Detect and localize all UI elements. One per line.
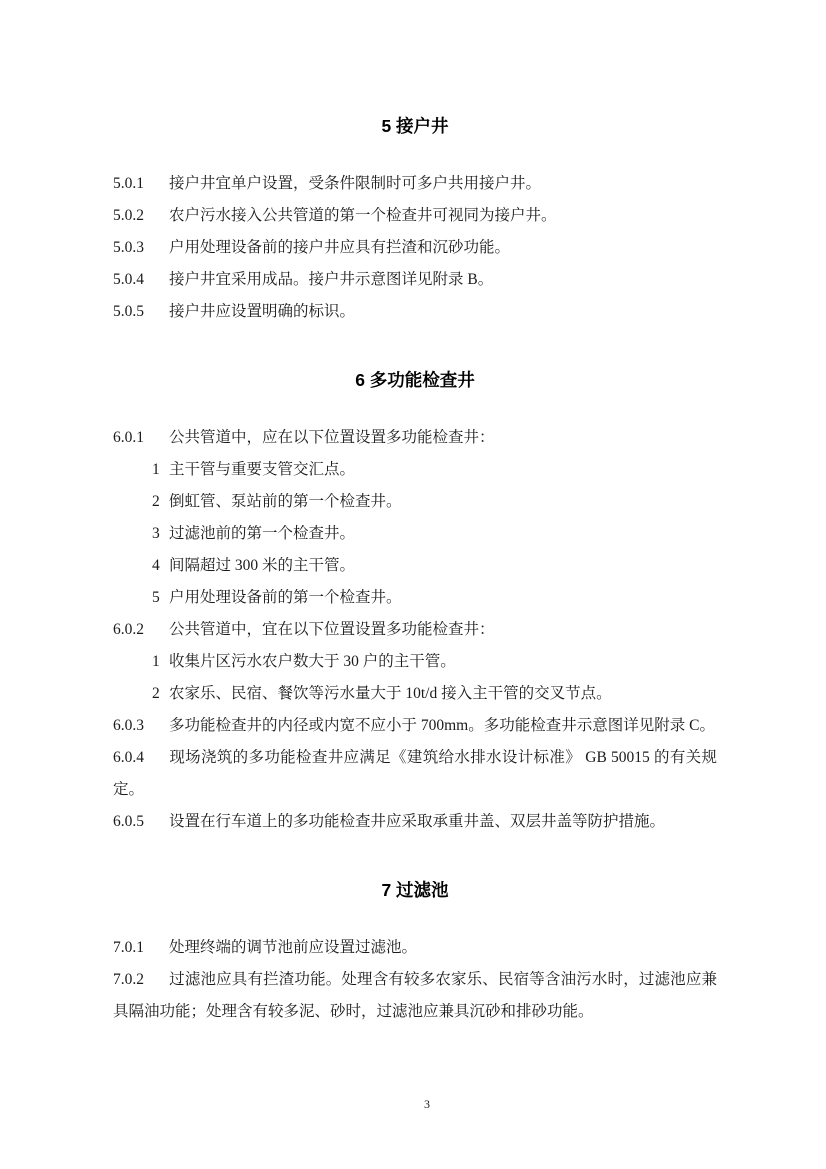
- clause-7-0-2: 7.0.2过滤池应具有拦渣功能。处理含有较多农家乐、民宿等含油污水时，过滤池应兼…: [113, 964, 717, 1028]
- item-number: 1: [152, 646, 169, 678]
- list-item: 3过滤池前的第一个检查井。: [113, 518, 717, 550]
- item-text: 间隔超过 300 米的主干管。: [169, 557, 355, 574]
- list-item: 4间隔超过 300 米的主干管。: [113, 550, 717, 582]
- section-7: 7 过滤池 7.0.1处理终端的调节池前应设置过滤池。 7.0.2过滤池应具有拦…: [113, 878, 717, 1028]
- clause-5-0-2: 5.0.2农户污水接入公共管道的第一个检查井可视同为接户井。: [113, 200, 717, 232]
- section-5-clauses: 5.0.1接户井宜单户设置，受条件限制时可多户共用接户井。 5.0.2农户污水接…: [113, 168, 717, 328]
- section-6-clauses: 6.0.1公共管道中，应在以下位置设置多功能检查井： 1主干管与重要支管交汇点。…: [113, 422, 717, 838]
- clause-number: 7.0.2: [113, 964, 169, 996]
- clause-text: 接户井宜采用成品。接户井示意图详见附录 B。: [169, 271, 493, 288]
- clause-5-0-3: 5.0.3户用处理设备前的接户井应具有拦渣和沉砂功能。: [113, 232, 717, 264]
- item-number: 2: [152, 678, 169, 710]
- clause-6-0-4: 6.0.4现场浇筑的多功能检查井应满足《建筑给水排水设计标准》 GB 50015…: [113, 742, 717, 806]
- clause-text: 户用处理设备前的接户井应具有拦渣和沉砂功能。: [169, 239, 510, 256]
- clause-text: 接户井宜单户设置，受条件限制时可多户共用接户井。: [169, 175, 541, 192]
- clause-text: 接户井应设置明确的标识。: [169, 303, 355, 320]
- item-text: 户用处理设备前的第一个检查井。: [169, 589, 402, 606]
- page-footer: 3: [0, 1096, 826, 1112]
- item-number: 4: [152, 550, 169, 582]
- list-item: 1收集片区污水农户数大于 30 户的主干管。: [113, 646, 717, 678]
- item-text: 过滤池前的第一个检查井。: [169, 525, 355, 542]
- clause-5-0-1: 5.0.1接户井宜单户设置，受条件限制时可多户共用接户井。: [113, 168, 717, 200]
- clause-5-0-4: 5.0.4接户井宜采用成品。接户井示意图详见附录 B。: [113, 264, 717, 296]
- clause-number: 6.0.5: [113, 806, 169, 838]
- clause-text: 设置在行车道上的多功能检查井应采取承重井盖、双层井盖等防护措施。: [169, 813, 665, 830]
- section-5-heading: 5 接户井: [113, 114, 717, 138]
- clause-number: 5.0.5: [113, 296, 169, 328]
- clause-number: 5.0.2: [113, 200, 169, 232]
- clause-text: 多功能检查井的内径或内宽不应小于 700mm。多功能检查井示意图详见附录 C。: [169, 717, 715, 734]
- clause-6-0-5: 6.0.5设置在行车道上的多功能检查井应采取承重井盖、双层井盖等防护措施。: [113, 806, 717, 838]
- section-6-heading: 6 多功能检查井: [113, 368, 717, 392]
- item-number: 2: [152, 486, 169, 518]
- clause-number: 5.0.3: [113, 232, 169, 264]
- clause-text: 过滤池应具有拦渣功能。处理含有较多农家乐、民宿等含油污水时，过滤池应兼具隔油功能…: [113, 971, 717, 1020]
- item-number: 5: [152, 582, 169, 614]
- item-text: 收集片区污水农户数大于 30 户的主干管。: [169, 653, 456, 670]
- clause-number: 6.0.3: [113, 710, 169, 742]
- list-item: 5户用处理设备前的第一个检查井。: [113, 582, 717, 614]
- clause-text: 公共管道中，宜在以下位置设置多功能检查井：: [169, 621, 495, 638]
- item-text: 倒虹管、泵站前的第一个检查井。: [169, 493, 402, 510]
- clause-text: 现场浇筑的多功能检查井应满足《建筑给水排水设计标准》 GB 50015 的有关规…: [113, 749, 717, 798]
- clause-number: 5.0.1: [113, 168, 169, 200]
- list-item: 2倒虹管、泵站前的第一个检查井。: [113, 486, 717, 518]
- clause-7-0-1: 7.0.1处理终端的调节池前应设置过滤池。: [113, 932, 717, 964]
- section-7-heading: 7 过滤池: [113, 878, 717, 902]
- list-item: 1主干管与重要支管交汇点。: [113, 454, 717, 486]
- item-number: 1: [152, 454, 169, 486]
- item-text: 主干管与重要支管交汇点。: [169, 461, 355, 478]
- section-6: 6 多功能检查井 6.0.1公共管道中，应在以下位置设置多功能检查井： 1主干管…: [113, 368, 717, 838]
- document-page: 5 接户井 5.0.1接户井宜单户设置，受条件限制时可多户共用接户井。 5.0.…: [0, 0, 826, 1169]
- clause-number: 7.0.1: [113, 932, 169, 964]
- clause-number: 6.0.4: [113, 742, 169, 774]
- clause-6-0-1: 6.0.1公共管道中，应在以下位置设置多功能检查井：: [113, 422, 717, 454]
- clause-text: 农户污水接入公共管道的第一个检查井可视同为接户井。: [169, 207, 557, 224]
- section-5: 5 接户井 5.0.1接户井宜单户设置，受条件限制时可多户共用接户井。 5.0.…: [113, 114, 717, 328]
- clause-number: 5.0.4: [113, 264, 169, 296]
- clause-5-0-5: 5.0.5接户井应设置明确的标识。: [113, 296, 717, 328]
- section-7-clauses: 7.0.1处理终端的调节池前应设置过滤池。 7.0.2过滤池应具有拦渣功能。处理…: [113, 932, 717, 1028]
- clause-number: 6.0.1: [113, 422, 169, 454]
- list-item: 2农家乐、民宿、餐饮等污水量大于 10t/d 接入主干管的交叉节点。: [113, 678, 717, 710]
- page-number: 3: [424, 1097, 430, 1111]
- item-number: 3: [152, 518, 169, 550]
- clause-number: 6.0.2: [113, 614, 169, 646]
- clause-text: 处理终端的调节池前应设置过滤池。: [169, 939, 417, 956]
- document-content: 5 接户井 5.0.1接户井宜单户设置，受条件限制时可多户共用接户井。 5.0.…: [113, 0, 717, 1028]
- clause-6-0-3: 6.0.3多功能检查井的内径或内宽不应小于 700mm。多功能检查井示意图详见附…: [113, 710, 717, 742]
- clause-text: 公共管道中，应在以下位置设置多功能检查井：: [169, 429, 495, 446]
- item-text: 农家乐、民宿、餐饮等污水量大于 10t/d 接入主干管的交叉节点。: [169, 685, 612, 702]
- clause-6-0-2: 6.0.2公共管道中，宜在以下位置设置多功能检查井：: [113, 614, 717, 646]
